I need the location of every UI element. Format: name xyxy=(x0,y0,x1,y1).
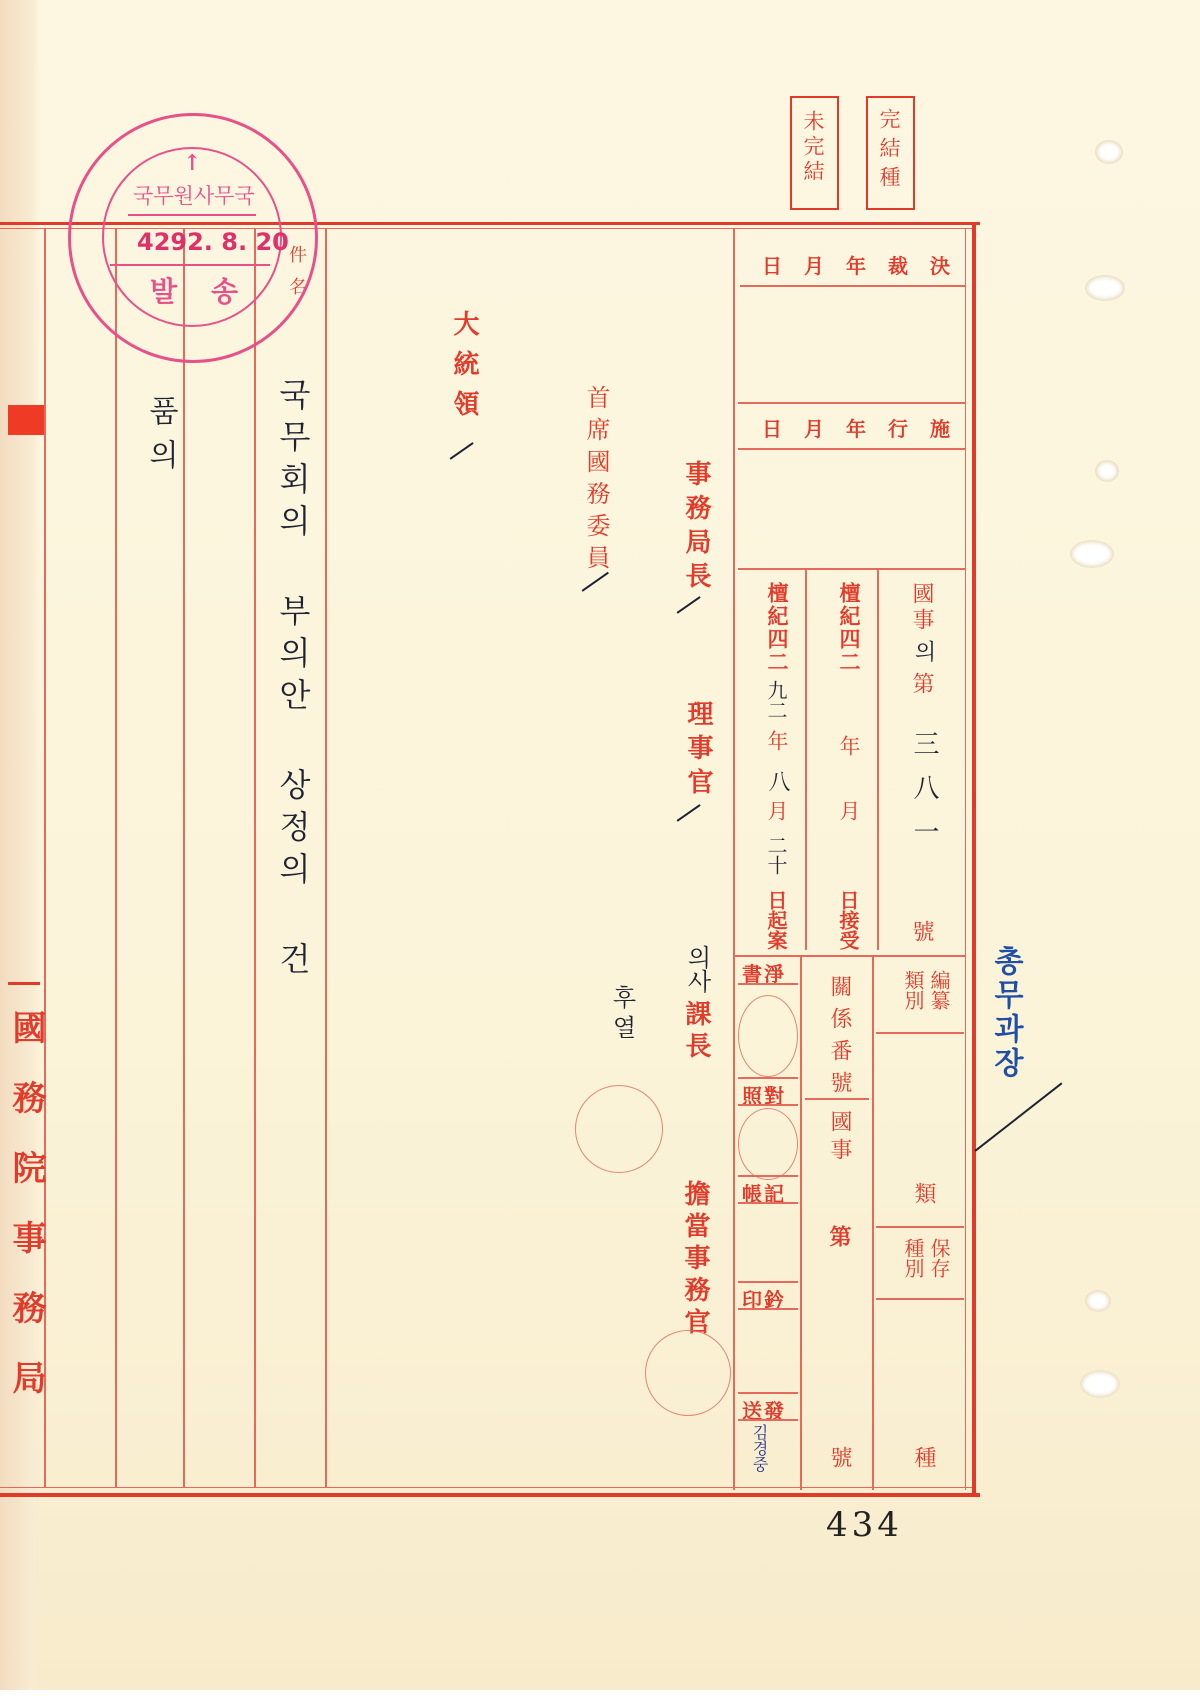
received-year-label: 年 xyxy=(834,735,864,760)
retention-class: 種 xyxy=(908,1446,939,1472)
related-suffix: 號 xyxy=(824,1446,855,1472)
left-margin-rule xyxy=(8,982,40,985)
compile-label: 編纂類別 xyxy=(900,970,952,1024)
punch-hole xyxy=(1085,275,1125,301)
drafted-day-label: 日起案 xyxy=(762,890,791,950)
name-seal xyxy=(645,1330,731,1416)
stamp-action: 발송 xyxy=(150,270,272,310)
frame-bottom xyxy=(0,1493,980,1497)
received-day-label: 日接受 xyxy=(834,890,863,950)
page-number: 434 xyxy=(826,1505,903,1545)
table-col xyxy=(872,955,874,1490)
table-col xyxy=(800,955,802,1490)
paper-edge xyxy=(0,0,40,1690)
approver-section-chief: 課長 xyxy=(678,1000,715,1064)
table-rule xyxy=(738,1202,798,1204)
subject-line-2[interactable]: 품의 xyxy=(138,395,182,483)
table-rule xyxy=(876,1226,964,1228)
drafted-month[interactable]: 八 xyxy=(762,770,793,792)
table-rule xyxy=(738,1281,798,1283)
section-handwritten[interactable]: 의사 xyxy=(680,945,715,993)
approver-secretariat-director: 事務局長 xyxy=(678,460,715,596)
signature[interactable]: 후열 xyxy=(605,985,640,1045)
frame-bottom-inner xyxy=(0,1487,975,1488)
table-rule xyxy=(876,1032,964,1034)
table-rule xyxy=(738,1077,798,1079)
table-rule xyxy=(740,285,965,287)
approver-chief-minister: 首席國務委員 xyxy=(579,385,614,577)
decision-date-label: 決裁年月日 xyxy=(762,250,972,279)
punch-hole xyxy=(1070,540,1114,568)
enforcement-date-label: 施行年月日 xyxy=(762,413,972,442)
punch-hole xyxy=(1095,460,1119,482)
left-margin-mark xyxy=(8,405,44,435)
doc-number-prefix: 國事 xyxy=(906,582,937,634)
column-line xyxy=(254,228,256,1488)
table-rule xyxy=(733,955,965,957)
received-era: 檀紀四二 xyxy=(834,582,864,674)
stamp-rule xyxy=(110,264,270,266)
column-line xyxy=(183,228,185,1488)
table-rule xyxy=(738,1392,798,1394)
left-margin-print: 國務院事務局 xyxy=(2,1010,51,1430)
table-rule xyxy=(738,1104,798,1106)
approver-officer: 擔當事務官 xyxy=(677,1180,714,1340)
stamp-office: 국무원사무국 xyxy=(133,180,255,210)
table-col xyxy=(805,570,807,950)
drafted-day[interactable]: 二十 xyxy=(762,835,791,875)
doc-number-suffix: 號 xyxy=(906,920,937,946)
stamp-date: 4292. 8. 20 xyxy=(137,228,289,256)
drafted-era: 檀紀四二 xyxy=(762,582,792,674)
stamp-arrow-icon: ↑ xyxy=(183,150,201,176)
table-rule xyxy=(738,402,965,404)
table-rule xyxy=(805,1098,869,1100)
doc-number-value[interactable]: 三八一 xyxy=(906,730,943,862)
drafted-year[interactable]: 九二 xyxy=(762,680,791,720)
dispatch-handwritten[interactable]: 김경중 xyxy=(748,1424,771,1472)
column-line xyxy=(115,228,117,1488)
punch-hole xyxy=(1080,1370,1120,1398)
table-col xyxy=(877,570,879,950)
table-rule xyxy=(876,1298,964,1300)
drafted-year-label: 年 xyxy=(762,730,792,755)
approver-president: 大統領 xyxy=(446,310,483,430)
table-left xyxy=(733,228,735,1490)
subject-title[interactable]: 국무회의 부의안 상정의 건 xyxy=(270,378,316,984)
punch-hole xyxy=(1095,140,1123,164)
table-rule xyxy=(738,1308,798,1310)
frame-right xyxy=(972,222,976,1497)
table-rule xyxy=(738,1419,798,1421)
margin-note[interactable]: 총무과장 xyxy=(983,945,1027,1081)
table-rule xyxy=(738,568,965,570)
clean-copy-seal xyxy=(738,995,798,1077)
received-month-label: 月 xyxy=(834,800,864,825)
related-prefix: 國事 xyxy=(824,1110,855,1166)
retention-label: 保存種別 xyxy=(900,1238,952,1292)
completed-type-label: 完結種 xyxy=(874,108,904,195)
related-dai: 第 xyxy=(824,1225,855,1251)
drafted-month-label: 月 xyxy=(762,800,792,825)
name-seal xyxy=(575,1085,663,1173)
column-line xyxy=(325,228,327,1488)
related-number-label: 關係番號 xyxy=(824,975,855,1103)
approver-director-general: 理事官 xyxy=(680,700,717,802)
table-rule xyxy=(738,983,798,985)
stamp-rule xyxy=(128,214,256,216)
table-rule xyxy=(738,1175,798,1177)
doc-number-dai: 第 xyxy=(906,672,937,698)
compile-class: 類 xyxy=(908,1182,939,1208)
collation-seal xyxy=(738,1108,798,1180)
doc-number-type[interactable]: 의 xyxy=(908,640,939,662)
punch-hole xyxy=(1085,1290,1111,1312)
table-rule xyxy=(738,448,965,450)
incomplete-label: 未完結 xyxy=(798,110,828,185)
